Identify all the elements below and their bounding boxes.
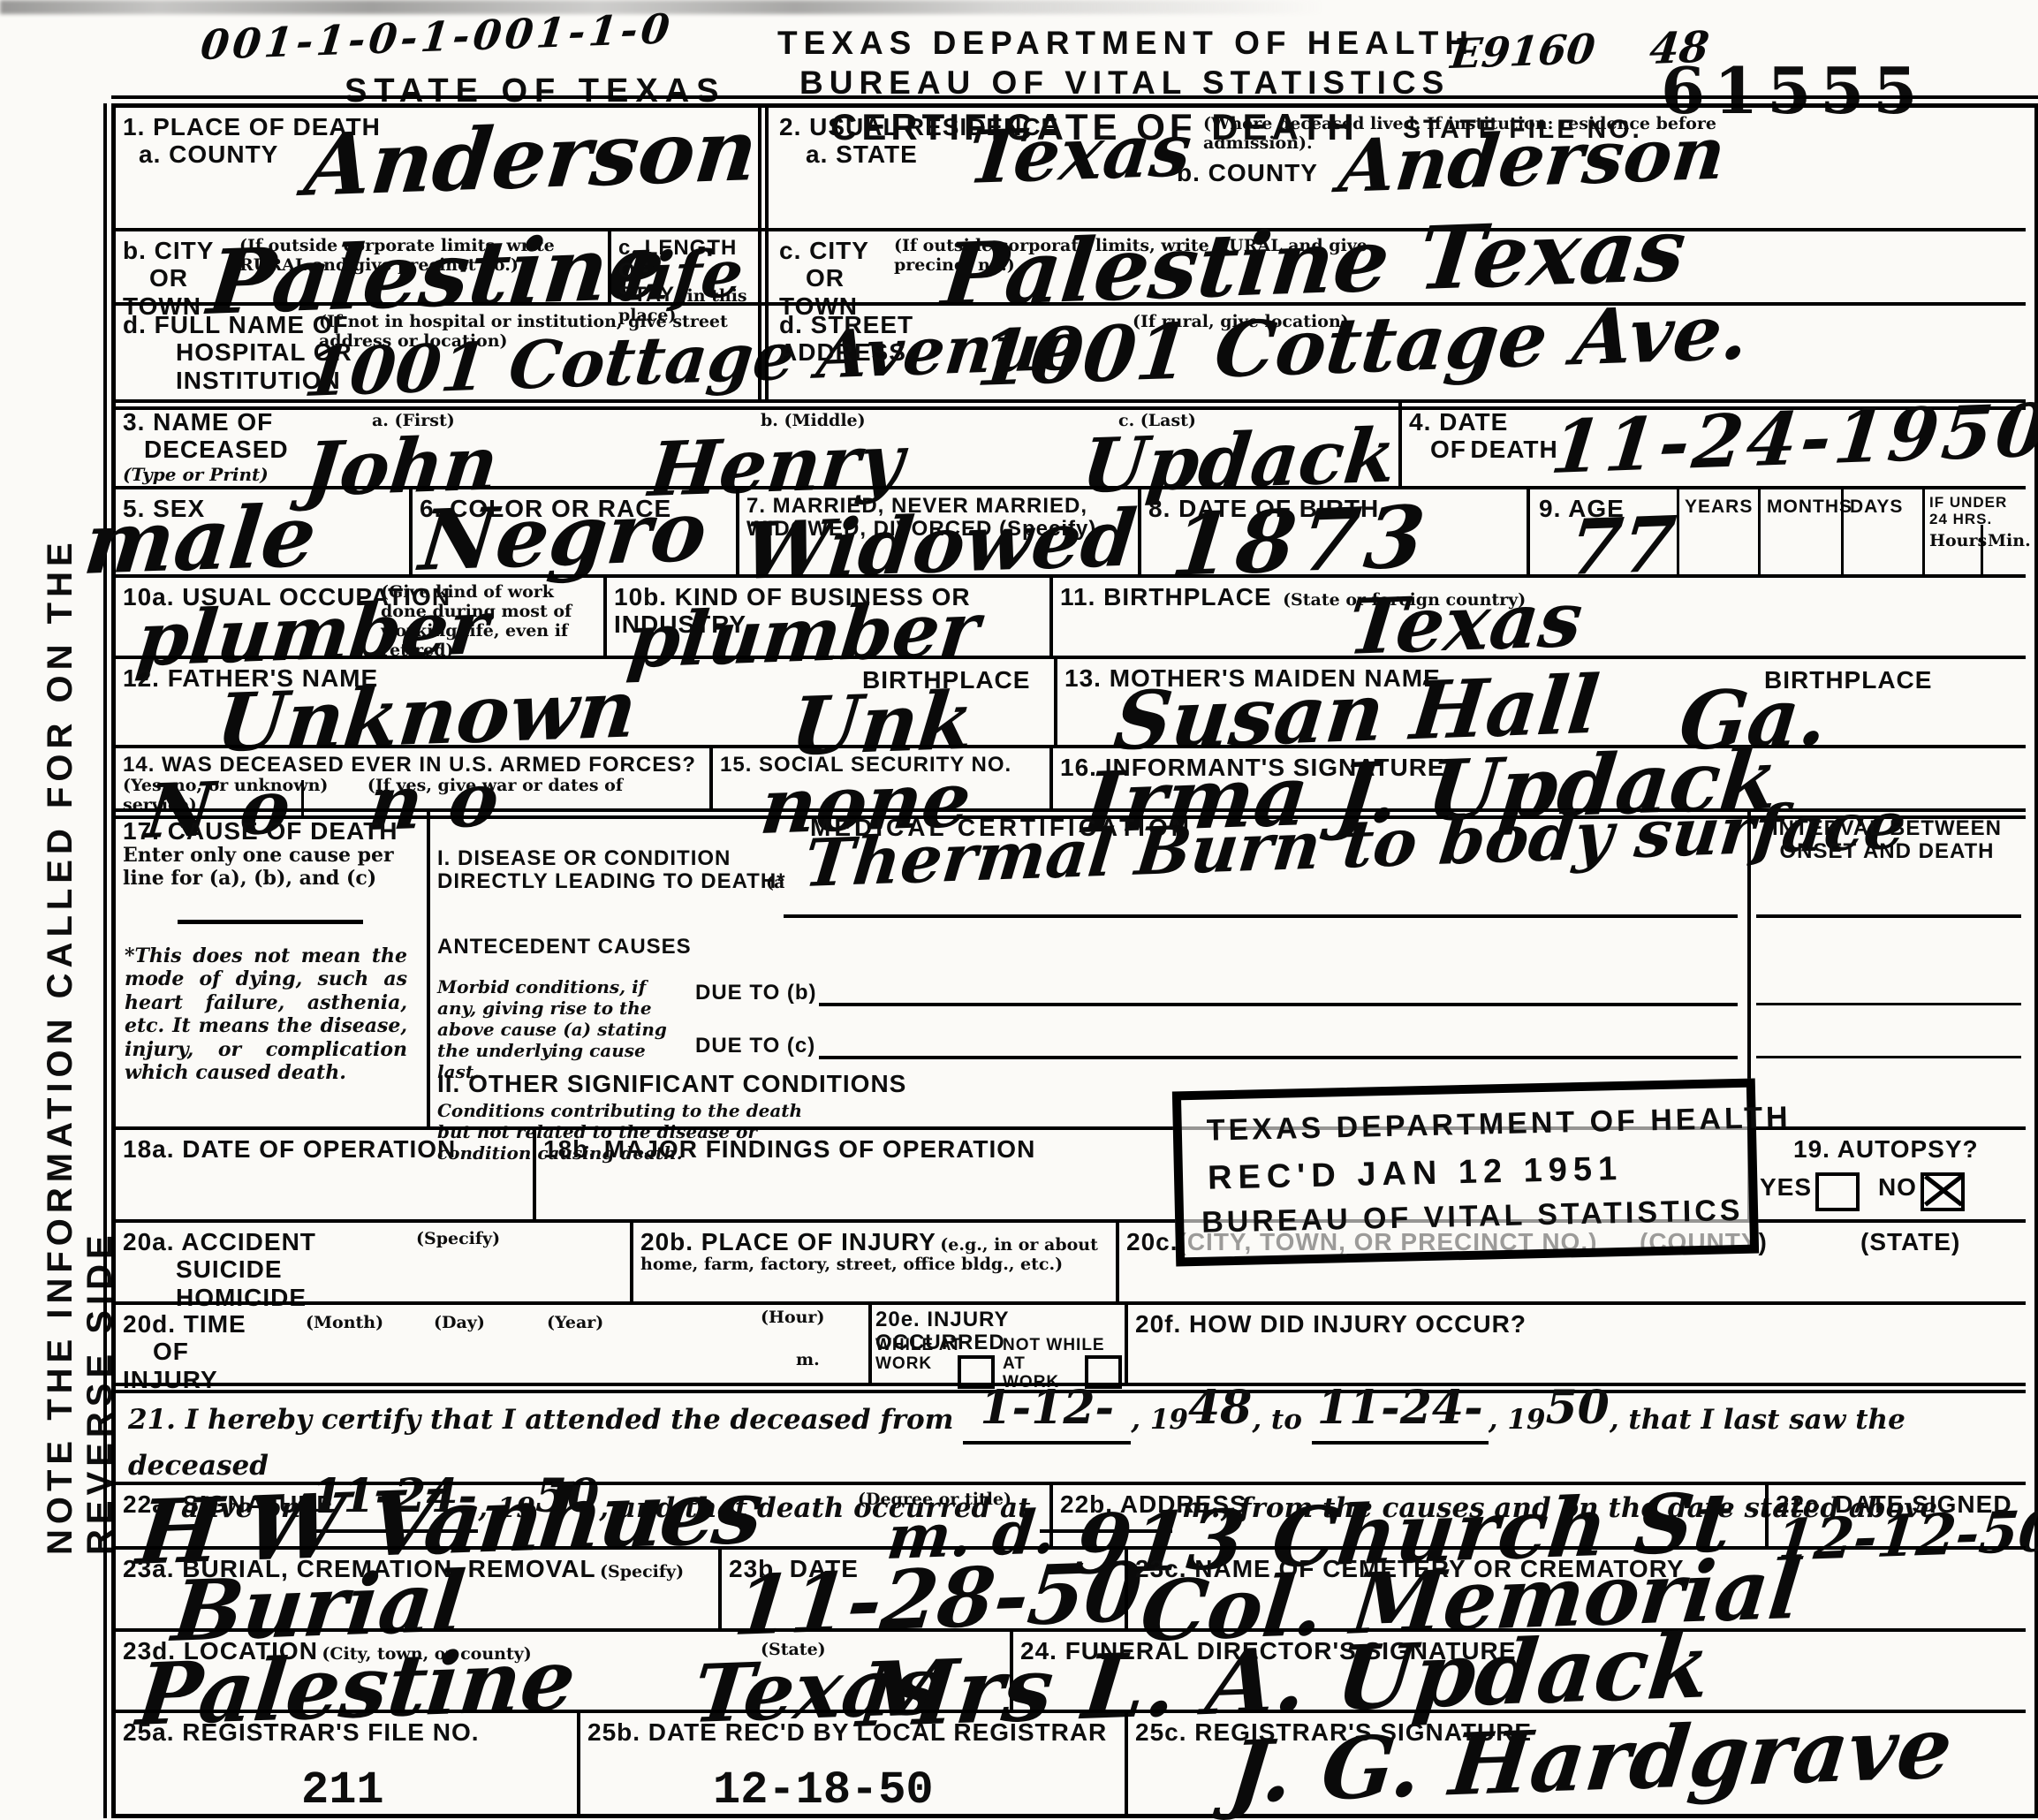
stay-value: life [620, 241, 746, 311]
field-street-address: d. STREET (If rural, give location) ADDR… [758, 306, 2026, 403]
accident-label: 20a. ACCIDENT [123, 1228, 316, 1255]
other-conditions-label: II. OTHER SIGNIFICANT CONDITIONS [437, 1070, 906, 1097]
while-at-work-label2: WORK [875, 1354, 932, 1373]
street-label: d. STREET [779, 311, 913, 338]
field-time-of-injury: 20d. TIME (Month) (Day) (Year) (Hour) m.… [116, 1305, 868, 1386]
residence-city-or: OR [806, 264, 845, 292]
day-label: (Day) [434, 1314, 485, 1333]
birthplace-value: Texas [1345, 581, 1586, 666]
handwritten-code: 001-1-0-1-001-1-0 [199, 8, 675, 65]
residence-county-value: Anderson [1336, 117, 1729, 203]
certify-to: , to [1252, 1404, 1302, 1436]
residence-state-label: a. STATE [806, 140, 918, 168]
received-stamp: TEXAS DEPARTMENT OF HEALTH REC'D JAN 12 … [1172, 1079, 1759, 1267]
name-label2: DECEASED [144, 436, 289, 463]
disease-label2: DIRECTLY LEADING TO DEATH* [437, 870, 785, 893]
age-hours-label: Hours [1929, 532, 1987, 551]
residence-city-label: c. CITY [779, 237, 869, 264]
disease-label: I. DISEASE OR CONDITION [437, 847, 731, 870]
field-burial-date: 23b. DATE 11-28-50 [718, 1550, 1125, 1632]
cause-of-death-label: 17. CAUSE OF DEATH [123, 817, 398, 845]
attended-to-blank: 11-24- [1312, 1399, 1489, 1445]
field-armed-forces: 14. WAS DECEASED EVER IN U.S. ARMED FORC… [116, 748, 709, 812]
autopsy-yes-checkbox[interactable] [1815, 1172, 1860, 1211]
field-age: 9. AGE YEARS MONTHS DAYS IF UNDER 24 HRS… [1527, 489, 2026, 578]
date-recd-label: 25b. DATE REC'D BY LOCAL REGISTRAR [587, 1718, 1107, 1746]
field-certification-statement: 21. I hereby certify that I attended the… [116, 1386, 2026, 1485]
morbid-note: Morbid conditions, if any, giving rise t… [437, 976, 685, 1082]
field-industry: 10b. KIND OF BUSINESS OR INDUSTRY plumbe… [603, 578, 1049, 659]
age-days-label: DAYS [1850, 497, 1903, 517]
disease-paren: (a [766, 874, 784, 893]
name-label: 3. NAME OF [123, 408, 273, 436]
field-hospital: d. FULL NAME OF (If not in hospital or i… [116, 306, 758, 403]
sex-value: male [80, 493, 320, 587]
due-to-c-label: DUE TO (c) [695, 1035, 815, 1058]
burial-note: (Specify) [600, 1562, 684, 1581]
date-of-death-label2: OF [1430, 436, 1466, 463]
birthplace-label: 11. BIRTHPLACE [1060, 583, 1272, 610]
attended-from-value: 1-12- [980, 1381, 1114, 1435]
field-physician-signature: 22a. SIGNATURE (Degree or title) H W Van… [116, 1485, 1049, 1550]
certify-text-1: 21. I hereby certify that I attended the… [128, 1404, 953, 1436]
field-birthplace: 11. BIRTHPLACE (State or foreign country… [1049, 578, 2026, 659]
date-of-death-label3: DEATH [1470, 436, 1557, 463]
field-sex: 5. SEX male [116, 489, 409, 578]
field-place-of-injury: 20b. PLACE OF INJURY (e.g., in or about … [630, 1223, 1116, 1305]
header-dept-line1: TEXAS DEPARTMENT OF HEALTH [777, 25, 1474, 61]
hospital-label: d. FULL NAME OF [123, 311, 349, 338]
suicide-label: SUICIDE [176, 1255, 283, 1283]
place-of-injury-label: 20b. PLACE OF INJURY [640, 1228, 936, 1255]
field-injury-state: (STATE) [1800, 1223, 2026, 1305]
field-usual-occupation: 10a. USUAL OCCUPATION (Give kind of work… [116, 578, 603, 659]
field-physician-address: 22b. ADDRESS 913 Church St [1049, 1485, 1765, 1550]
field-place-of-death: 1. PLACE OF DEATH a. COUNTY Anderson [116, 108, 758, 228]
field-length-of-stay: c. LENGTH OF STAY (in this place) life [608, 231, 758, 306]
attended-to-year: 50 [1545, 1381, 1609, 1435]
field-interval-onset-death: INTERVAL BETWEEN ONSET AND DEATH [1747, 812, 2026, 1130]
registrar-signature-value: J. G. Hardgrave [1225, 1705, 1956, 1816]
antecedent-label: ANTECEDENT CAUSES [437, 936, 692, 959]
date-of-death-value: 11-24-1950 [1548, 394, 2038, 484]
field-injury-occurred: 20e. INJURY OCCURRED WHILE AT WORK NOT W… [868, 1305, 1125, 1386]
autopsy-no-checkbox-checked[interactable] [1921, 1172, 1965, 1211]
autopsy-yes-label: YES [1760, 1173, 1812, 1201]
not-while-at-work-label: NOT WHILE [1003, 1336, 1105, 1354]
date-operation-label: 18a. DATE OF OPERATION [123, 1135, 456, 1163]
city-label: b. CITY [123, 237, 214, 264]
field-registrar-file-no: 25a. REGISTRAR'S FILE NO. 211 [116, 1713, 577, 1817]
month-label: (Month) [306, 1314, 383, 1333]
street-label2: ADDRESS [779, 338, 906, 366]
certify-19a: , 19 [1131, 1404, 1188, 1436]
county-value: Anderson [301, 108, 761, 209]
residence-county-label: b. COUNTY [1177, 159, 1318, 186]
field-date-of-operation: 18a. DATE OF OPERATION [116, 1130, 533, 1223]
autopsy-label: 19. AUTOPSY? [1793, 1135, 1979, 1163]
while-at-work-label: WHILE AT [875, 1336, 962, 1354]
death-certificate-scan: 001-1-0-1-001-1-0 TEXAS DEPARTMENT OF HE… [0, 0, 2038, 1820]
date-recd-value: 12-18-50 [713, 1764, 934, 1816]
field-color-or-race: 6. COLOR OR RACE Negro [409, 489, 736, 578]
race-value: Negro [416, 489, 710, 583]
injury-state-label: (STATE) [1860, 1228, 1960, 1255]
date-of-death-label: 4. DATE [1409, 408, 1508, 436]
cause-note2: *This does not mean the mode of dying, s… [125, 944, 407, 1084]
accident-note: (Specify) [416, 1230, 500, 1249]
certify-19b: , 19 [1489, 1404, 1546, 1436]
age-years-label: YEARS [1685, 497, 1753, 517]
major-findings-label: 18b. MAJOR FINDINGS OF OPERATION [543, 1135, 1035, 1163]
attended-from-year: 48 [1188, 1381, 1252, 1435]
county-label: a. COUNTY [139, 140, 278, 168]
due-to-b-label: DUE TO (b) [695, 982, 817, 1005]
field-residence-city: c. CITY (If outside corporate limits, wr… [758, 231, 2026, 306]
stamp-line1: TEXAS DEPARTMENT OF HEALTH [1206, 1101, 1792, 1149]
age-under24-label: IF UNDER 24 HRS. [1929, 495, 2027, 527]
field-burial-cremation: 23a. BURIAL, CREMATION, REMOVAL (Specify… [116, 1550, 718, 1632]
age-months-label: MONTHS [1767, 497, 1852, 517]
field-autopsy: 19. AUTOPSY? YES NO [1747, 1130, 2026, 1223]
field-mothers-name: 13. MOTHER'S MAIDEN NAME BIRTHPLACE Susa… [1054, 659, 2026, 748]
field-name-of-deceased: 3. NAME OF DECEASED (Type or Print) a. (… [116, 403, 1398, 489]
year-label: (Year) [547, 1314, 603, 1333]
cause-of-death-value: Thermal Burn to body surface [801, 792, 1909, 897]
hour-label: (Hour) [761, 1308, 824, 1328]
field-date-of-death: 4. DATE OF DEATH 11-24-1950 [1398, 403, 2026, 489]
residence-state-value: Texas [965, 114, 1194, 194]
stamp-line3: BUREAU OF VITAL STATISTICS [1201, 1194, 1744, 1240]
field-marital-status: 7. MARRIED, NEVER MARRIED, WIDOWED, DIVO… [736, 489, 1138, 578]
field-ssn: 15. SOCIAL SECURITY NO. none [709, 748, 1049, 812]
field-accident-suicide-homicide: 20a. ACCIDENT (Specify) SUICIDE HOMICIDE [116, 1223, 630, 1305]
handwritten-e9160: E9160 [1449, 28, 1597, 74]
field-how-injury-occurred: 20f. HOW DID INJURY OCCUR? [1125, 1305, 2026, 1386]
stamp-line2: REC'D JAN 12 1951 [1208, 1150, 1624, 1198]
certificate-form: 1. PLACE OF DEATH a. COUNTY Anderson 2. … [111, 103, 2038, 1818]
interval-label: INTERVAL BETWEEN ONSET AND DEATH [1763, 817, 2011, 864]
field-date-recd-registrar: 25b. DATE REC'D BY LOCAL REGISTRAR 12-18… [577, 1713, 1125, 1817]
attended-from-blank: 1-12- [963, 1399, 1131, 1445]
registrar-file-value: 211 [301, 1764, 384, 1816]
street-value: 1001 Cottage Ave. [974, 294, 1752, 398]
cause-note1: Enter only one cause per line for (a), (… [123, 844, 394, 889]
field-cause-of-death-instructions: 17. CAUSE OF DEATH Enter only one cause … [116, 812, 427, 1130]
age-min-label: Min. [1988, 532, 2031, 551]
hour-m-label: m. [796, 1351, 820, 1370]
field-registrar-signature: 25c. REGISTRAR'S SIGNATURE J. G. Hardgra… [1125, 1713, 2026, 1817]
how-injury-label: 20f. HOW DID INJURY OCCUR? [1135, 1310, 1527, 1338]
field-date-of-birth: 8. DATE OF BIRTH 1873 [1138, 489, 1527, 578]
autopsy-no-label: NO [1878, 1173, 1917, 1201]
name-note: (Type or Print) [123, 464, 269, 485]
city-label-or: OR [149, 264, 188, 292]
attended-to-value: 11-24- [1317, 1381, 1483, 1435]
field-city-of-death: b. CITY (If outside corporate limits, wr… [116, 231, 608, 306]
time-injury-of: OF [153, 1338, 189, 1365]
registrar-file-label: 25a. REGISTRAR'S FILE NO. [123, 1718, 480, 1746]
field-fathers-name: 12. FATHER'S NAME BIRTHPLACE Unknown Unk [116, 659, 1054, 748]
time-injury-label: 20d. TIME [123, 1310, 246, 1338]
